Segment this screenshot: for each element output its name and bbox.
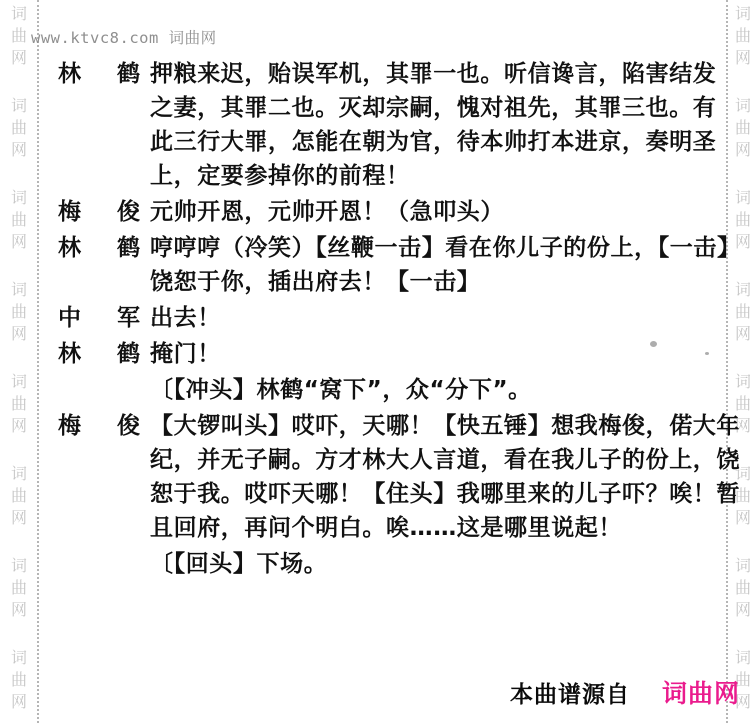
right-watermark-column: 词曲网词曲网词曲网词曲网词曲网词曲网词曲网词曲网 (730, 0, 750, 723)
watermark-char: 词 (730, 371, 750, 393)
watermark-char: 网 (6, 507, 32, 529)
watermark-char: 词 (6, 371, 32, 393)
watermark-char: 曲 (6, 301, 32, 323)
dialogue-line: 元帅开恩，元帅开恩！（急叩头） (150, 195, 718, 229)
dialogue-block: 〔【回头】下场。 (58, 547, 718, 581)
watermark-char: 网 (730, 139, 750, 161)
speaker-char: 梅 (58, 195, 81, 229)
dialogue-lines: 元帅开恩，元帅开恩！（急叩头） (150, 195, 718, 229)
source-label: 本曲谱源自 (510, 676, 630, 709)
watermark-char: 词 (6, 463, 32, 485)
speaker-char: 军 (117, 301, 140, 335)
right-dotted-rule (726, 0, 728, 723)
dialogue-line: 此三行大罪，怎能在朝为官，待本帅打本进京，奏明圣 (150, 125, 718, 159)
watermark-char: 曲 (6, 117, 32, 139)
watermark-group: 词曲网 (730, 555, 750, 621)
speaker-name: 中军 (58, 301, 140, 335)
dialogue-line: 哼哼哼（冷笑）【丝鞭一击】看在你儿子的份上，【一击】 (150, 231, 741, 265)
dialogue-block: 梅俊元帅开恩，元帅开恩！（急叩头） (58, 195, 718, 229)
speaker-char: 林 (58, 337, 81, 371)
dialogue-lines: 押粮来迟，贻误军机，其罪一也。听信谗言，陷害结发之妻，其罪二也。灭却宗嗣，愧对祖… (150, 57, 718, 193)
dialogue-line: 【大锣叫头】哎吓，天哪！【快五锤】想我梅俊，偌大年 (150, 409, 740, 443)
dialogue-line: 纪，并无子嗣。方才林大人言道，看在我儿子的份上，饶 (150, 443, 740, 477)
watermark-char: 词 (730, 95, 750, 117)
watermark-char: 词 (730, 647, 750, 669)
speaker-name: 梅俊 (58, 409, 140, 443)
dialogue-line: 押粮来迟，贻误军机，其罪一也。听信谗言，陷害结发 (150, 57, 718, 91)
speaker-char: 俊 (117, 409, 140, 443)
dialogue-line: 上，定要参掉你的前程！ (150, 159, 718, 193)
dialogue-line: 且回府，再问个明白。唉……这是哪里说起！ (150, 511, 740, 545)
watermark-char: 词 (6, 3, 32, 25)
dialogue-block: 中军出去！ (58, 301, 718, 335)
speaker-char: 鹤 (117, 57, 140, 91)
dialogue-block: 〔【冲头】林鹤“窝下”，众“分下”。 (58, 373, 718, 407)
watermark-char: 曲 (6, 485, 32, 507)
watermark-group: 词曲网 (6, 3, 32, 69)
dialogue-lines: 掩门！ (150, 337, 718, 371)
watermark-char: 曲 (730, 577, 750, 599)
speaker-name: 梅俊 (58, 195, 140, 229)
watermark-char: 词 (730, 187, 750, 209)
footer-source-line: 本曲谱源自 词曲网 (510, 674, 740, 710)
watermark-group: 词曲网 (6, 371, 32, 437)
top-watermark-text: www.ktvc8.com 词曲网 (31, 26, 217, 48)
watermark-char: 曲 (6, 25, 32, 47)
dialogue-block: 林鹤哼哼哼（冷笑）【丝鞭一击】看在你儿子的份上，【一击】饶恕于你，插出府去！【一… (58, 231, 718, 299)
scan-speck (650, 341, 657, 347)
watermark-char: 网 (730, 47, 750, 69)
watermark-group: 词曲网 (6, 463, 32, 529)
watermark-char: 词 (730, 3, 750, 25)
watermark-group: 词曲网 (6, 647, 32, 713)
speaker-name: 林鹤 (58, 231, 140, 265)
dialogue-line: 〔【冲头】林鹤“窝下”，众“分下”。 (150, 373, 718, 407)
dialogue-line: 出去！ (150, 301, 718, 335)
dialogue-line: 恕于我。哎吓天哪！【住头】我哪里来的儿子吓？唉！暂 (150, 477, 740, 511)
watermark-char: 曲 (6, 209, 32, 231)
dialogue-line: 之妻，其罪二也。灭却宗嗣，愧对祖先，其罪三也。有 (150, 91, 718, 125)
watermark-char: 网 (6, 47, 32, 69)
dialogue-lines: 出去！ (150, 301, 718, 335)
speaker-char: 中 (58, 301, 81, 335)
watermark-char: 词 (6, 647, 32, 669)
script-blocks: 林鹤押粮来迟，贻误军机，其罪一也。听信谗言，陷害结发之妻，其罪二也。灭却宗嗣，愧… (58, 57, 718, 583)
dialogue-lines: 〔【冲头】林鹤“窝下”，众“分下”。 (150, 373, 718, 407)
watermark-group: 词曲网 (730, 95, 750, 161)
watermark-group: 词曲网 (730, 3, 750, 69)
watermark-char: 网 (6, 599, 32, 621)
watermark-char: 网 (6, 231, 32, 253)
watermark-group: 词曲网 (6, 187, 32, 253)
speaker-char: 鹤 (117, 231, 140, 265)
watermark-char: 词 (6, 187, 32, 209)
watermark-char: 词 (6, 279, 32, 301)
watermark-char: 网 (730, 323, 750, 345)
speaker-char: 林 (58, 231, 81, 265)
watermark-char: 曲 (6, 577, 32, 599)
watermark-char: 网 (6, 139, 32, 161)
speaker-char: 鹤 (117, 337, 140, 371)
watermark-group: 词曲网 (6, 95, 32, 161)
dialogue-line: 饶恕于你，插出府去！【一击】 (150, 265, 741, 299)
scanned-opera-script-page: { "watermark": { "top_text": "www.ktvc8.… (0, 0, 750, 723)
speaker-name: 林鹤 (58, 337, 140, 371)
left-watermark-column: 词曲网词曲网词曲网词曲网词曲网词曲网词曲网词曲网 (6, 0, 32, 723)
watermark-char: 曲 (730, 117, 750, 139)
watermark-char: 曲 (730, 209, 750, 231)
dialogue-block: 林鹤押粮来迟，贻误军机，其罪一也。听信谗言，陷害结发之妻，其罪二也。灭却宗嗣，愧… (58, 57, 718, 193)
dialogue-block: 梅俊【大锣叫头】哎吓，天哪！【快五锤】想我梅俊，偌大年纪，并无子嗣。方才林大人言… (58, 409, 718, 545)
watermark-char: 网 (730, 599, 750, 621)
speaker-char: 梅 (58, 409, 81, 443)
dialogue-lines: 【大锣叫头】哎吓，天哪！【快五锤】想我梅俊，偌大年纪，并无子嗣。方才林大人言道，… (150, 409, 740, 545)
speaker-char: 俊 (117, 195, 140, 229)
watermark-group: 词曲网 (6, 279, 32, 345)
scan-speck (705, 352, 709, 355)
watermark-char: 曲 (6, 393, 32, 415)
dialogue-lines: 〔【回头】下场。 (150, 547, 718, 581)
watermark-char: 网 (6, 323, 32, 345)
watermark-char: 曲 (6, 669, 32, 691)
dialogue-line: 掩门！ (150, 337, 718, 371)
watermark-group: 词曲网 (6, 555, 32, 621)
left-dotted-rule (37, 0, 39, 723)
watermark-char: 词 (6, 95, 32, 117)
dialogue-block: 林鹤掩门！ (58, 337, 718, 371)
dialogue-line: 〔【回头】下场。 (150, 547, 718, 581)
speaker-char: 林 (58, 57, 81, 91)
speaker-name: 林鹤 (58, 57, 140, 91)
watermark-char: 曲 (730, 301, 750, 323)
site-logo: 词曲网 (662, 674, 740, 710)
watermark-char: 网 (6, 691, 32, 713)
watermark-char: 网 (6, 415, 32, 437)
watermark-char: 词 (6, 555, 32, 577)
watermark-char: 词 (730, 555, 750, 577)
watermark-char: 曲 (730, 25, 750, 47)
dialogue-lines: 哼哼哼（冷笑）【丝鞭一击】看在你儿子的份上，【一击】饶恕于你，插出府去！【一击】 (150, 231, 741, 299)
